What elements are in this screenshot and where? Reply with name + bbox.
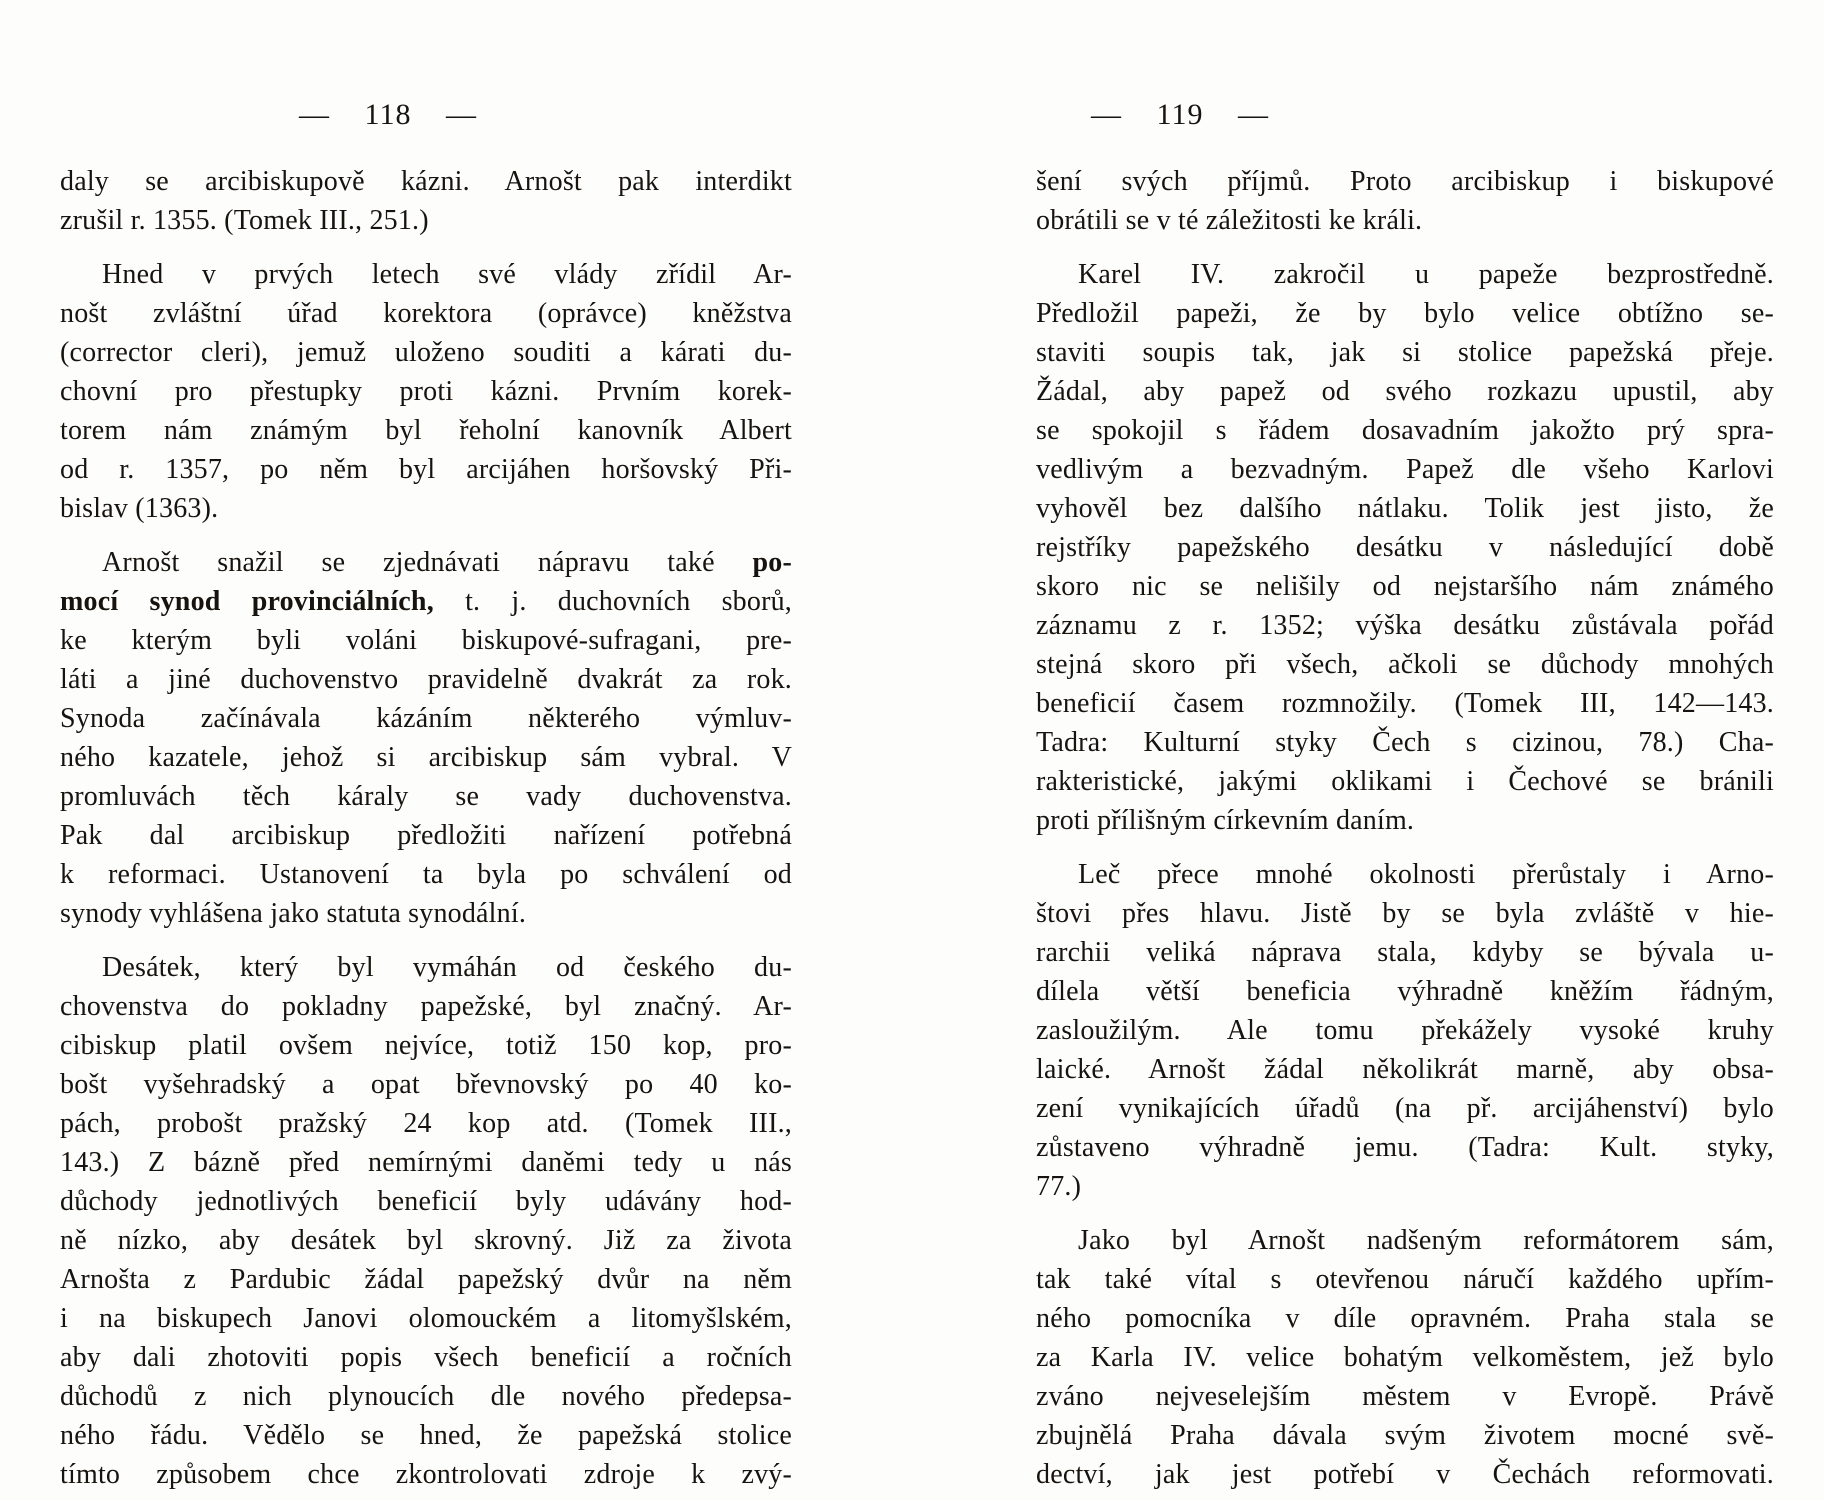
body-text: láti a jiné duchovenstvo pravidelně dvak…	[60, 664, 792, 695]
body-text: za Karla IV. velice bohatým velkoměstem,…	[1036, 1342, 1774, 1373]
body-text: tímto způsobem chce zkontrolovati zdroje…	[60, 1459, 792, 1490]
text-line: zbujnělá Praha dávala svým životem mocné…	[1036, 1416, 1774, 1455]
text-line: skoro nic se nelišily od nejstaršího nám…	[1036, 567, 1774, 606]
text-line: Tadra: Kulturní styky Čech s cizinou, 78…	[1036, 723, 1774, 762]
text-line: chovenstva do pokladny papežské, byl zna…	[60, 987, 792, 1026]
text-line: Karel IV. zakročil u papeže bezprostředn…	[1036, 255, 1774, 294]
body-text: cibiskup platil ovšem nejvíce, totiž 150…	[60, 1030, 792, 1061]
body-text: záznamu z r. 1352; výška desátku zůstáva…	[1036, 610, 1774, 641]
text-line: 143.) Z bázně před nemírnými daněmi tedy…	[60, 1143, 792, 1182]
bold-text: po-	[753, 547, 793, 578]
text-line: i na biskupech Janovi olomouckém a litom…	[60, 1299, 792, 1338]
body-text: (corrector cleri), jemuž uloženo souditi…	[60, 337, 792, 368]
body-text: i na biskupech Janovi olomouckém a litom…	[60, 1303, 792, 1334]
text-line: k reformaci. Ustanovení ta byla po schvá…	[60, 855, 792, 894]
text-line: od r. 1357, po něm byl arcijáhen horšovs…	[60, 450, 792, 489]
body-text: Desátek, který byl vymáhán od českého du…	[102, 952, 792, 983]
body-text: Karel IV. zakročil u papeže bezprostředn…	[1078, 259, 1774, 290]
text-line: ného řádu. Vědělo se hned, že papežská s…	[60, 1416, 792, 1455]
body-text: laické. Arnošt žádal několikrát marně, a…	[1036, 1054, 1774, 1085]
text-column-page-119: šení svých příjmů. Proto arcibiskup i bi…	[1036, 162, 1774, 1494]
text-line: vyhověl bez dalšího nátlaku. Tolik jest …	[1036, 489, 1774, 528]
body-text: zbujnělá Praha dávala svým životem mocné…	[1036, 1420, 1774, 1451]
body-text: Pak dal arcibiskup předložiti nařízení p…	[60, 820, 792, 851]
text-line: důchodů z nich plynoucích dle nového pře…	[60, 1377, 792, 1416]
body-text: štovi přes hlavu. Jistě by se byla zvláš…	[1036, 898, 1774, 929]
body-text: aby dali zhotoviti popis všech beneficií…	[60, 1342, 792, 1373]
text-line: štovi přes hlavu. Jistě by se byla zvláš…	[1036, 894, 1774, 933]
text-line: dílela větší beneficia výhradně kněžím ř…	[1036, 972, 1774, 1011]
body-text: torem nám známým byl řeholní kanovník Al…	[60, 415, 792, 446]
body-text: ného pomocníka v díle opravném. Praha st…	[1036, 1303, 1774, 1334]
body-text: důchody jednotlivých beneficií byly udáv…	[60, 1186, 792, 1217]
paragraph: Leč přece mnohé okolnosti přerůstaly i A…	[1036, 855, 1774, 1206]
text-line: ke kterým byli voláni biskupové-sufragan…	[60, 621, 792, 660]
body-text: pách, probošt pražský 24 kop atd. (Tomek…	[60, 1108, 792, 1139]
paragraph: Karel IV. zakročil u papeže bezprostředn…	[1036, 255, 1774, 840]
body-text: beneficií časem rozmnožily. (Tomek III, …	[1036, 688, 1774, 719]
body-text: Jako byl Arnošt nadšeným reformátorem sá…	[1078, 1225, 1774, 1256]
text-line: Žádal, aby papež od svého rozkazu upusti…	[1036, 372, 1774, 411]
text-line: Hned v prvých letech své vlády zřídil Ar…	[60, 255, 792, 294]
body-text: promluvách těch káraly se vady duchovens…	[60, 781, 792, 812]
body-text: vyhověl bez dalšího nátlaku. Tolik jest …	[1036, 493, 1774, 524]
body-text: Žádal, aby papež od svého rozkazu upusti…	[1036, 376, 1774, 407]
text-line: cibiskup platil ovšem nejvíce, totiž 150…	[60, 1026, 792, 1065]
body-text: nošt zvláštní úřad korektora (oprávce) k…	[60, 298, 792, 329]
body-text: Předložil papeži, že by bylo velice obtí…	[1036, 298, 1774, 329]
body-text: rejstříky papežského desátku v následují…	[1036, 532, 1774, 563]
text-line: zení vynikajících úřadů (na př. arcijáhe…	[1036, 1089, 1774, 1128]
body-text: od r. 1357, po něm byl arcijáhen horšovs…	[60, 454, 792, 485]
text-line: Arnošta z Pardubic žádal papežský dvůr n…	[60, 1260, 792, 1299]
body-text: Tadra: Kulturní styky Čech s cizinou, 78…	[1036, 727, 1774, 758]
paragraph: Jako byl Arnošt nadšeným reformátorem sá…	[1036, 1221, 1774, 1494]
body-text: ného řádu. Vědělo se hned, že papežská s…	[60, 1420, 792, 1451]
paragraph: Desátek, který byl vymáhán od českého du…	[60, 948, 792, 1494]
body-text: rarchii veliká náprava stala, kdyby se b…	[1036, 937, 1774, 968]
body-text: rakteristické, jakými oklikami i Čechové…	[1036, 766, 1774, 797]
body-text: ně nízko, aby desátek byl skrovný. Již z…	[60, 1225, 792, 1256]
body-text: zrušil r. 1355. (Tomek III., 251.)	[60, 205, 429, 236]
body-text: zasloužilým. Ale tomu překážely vysoké k…	[1036, 1015, 1774, 1046]
body-text: obrátili se v té záležitosti ke králi.	[1036, 205, 1422, 236]
body-text: staviti soupis tak, jak si stolice papež…	[1036, 337, 1774, 368]
body-text: ke kterým byli voláni biskupové-sufragan…	[60, 625, 792, 656]
text-line: (corrector cleri), jemuž uloženo souditi…	[60, 333, 792, 372]
body-text: stejná skoro při všech, ačkoli se důchod…	[1036, 649, 1774, 680]
body-text: daly se arcibiskupově kázni. Arnošt pak …	[60, 166, 792, 197]
body-text: šení svých příjmů. Proto arcibiskup i bi…	[1036, 166, 1774, 197]
body-text: proti přílišným církevním daním.	[1036, 805, 1414, 836]
text-line: proti přílišným církevním daním.	[1036, 801, 1774, 840]
book-scan-spread: { "colors": { "paper": "#fdfdfb", "ink":…	[0, 0, 1824, 1500]
body-text: bislav (1363).	[60, 493, 218, 524]
body-text: ného kazatele, jehož si arcibiskup sám v…	[60, 742, 792, 773]
text-line: laické. Arnošt žádal několikrát marně, a…	[1036, 1050, 1774, 1089]
text-line: bošt vyšehradský a opat břevnovský po 40…	[60, 1065, 792, 1104]
text-line: pách, probošt pražský 24 kop atd. (Tomek…	[60, 1104, 792, 1143]
text-line: Leč přece mnohé okolnosti přerůstaly i A…	[1036, 855, 1774, 894]
text-line: láti a jiné duchovenstvo pravidelně dvak…	[60, 660, 792, 699]
paragraph: šení svých příjmů. Proto arcibiskup i bi…	[1036, 162, 1774, 240]
text-line: chovní pro přestupky proti kázni. Prvním…	[60, 372, 792, 411]
text-line: beneficií časem rozmnožily. (Tomek III, …	[1036, 684, 1774, 723]
text-line: zasloužilým. Ale tomu překážely vysoké k…	[1036, 1011, 1774, 1050]
text-line: mocí synod provinciálních, t. j. duchovn…	[60, 582, 792, 621]
text-line: nošt zvláštní úřad korektora (oprávce) k…	[60, 294, 792, 333]
text-line: staviti soupis tak, jak si stolice papež…	[1036, 333, 1774, 372]
text-line: daly se arcibiskupově kázni. Arnošt pak …	[60, 162, 792, 201]
text-line: 77.)	[1036, 1167, 1774, 1206]
text-line: zrušil r. 1355. (Tomek III., 251.)	[60, 201, 792, 240]
text-line: rejstříky papežského desátku v následují…	[1036, 528, 1774, 567]
text-line: ného kazatele, jehož si arcibiskup sám v…	[60, 738, 792, 777]
text-line: promluvách těch káraly se vady duchovens…	[60, 777, 792, 816]
paragraph: Arnošt snažil se zjednávati nápravu také…	[60, 543, 792, 933]
body-text: se spokojil s řádem dosavadním jakožto p…	[1036, 415, 1774, 446]
text-line: Pak dal arcibiskup předložiti nařízení p…	[60, 816, 792, 855]
body-text: dectví, jak jest potřebí v Čechách refor…	[1036, 1459, 1774, 1490]
bold-text: mocí synod provinciálních,	[60, 586, 434, 617]
text-line: Předložil papeži, že by bylo velice obtí…	[1036, 294, 1774, 333]
body-text: Arnošt snažil se zjednávati nápravu také	[102, 547, 753, 578]
text-line: Synoda začínávala kázáním některého výml…	[60, 699, 792, 738]
text-line: rarchii veliká náprava stala, kdyby se b…	[1036, 933, 1774, 972]
body-text: tak také vítal s otevřenou náručí každéh…	[1036, 1264, 1774, 1295]
text-line: zůstaveno výhradně jemu. (Tadra: Kult. s…	[1036, 1128, 1774, 1167]
body-text: bošt vyšehradský a opat břevnovský po 40…	[60, 1069, 792, 1100]
body-text: chovní pro přestupky proti kázni. Prvním…	[60, 376, 792, 407]
body-text: Synoda začínávala kázáním některého výml…	[60, 703, 792, 734]
text-line: dectví, jak jest potřebí v Čechách refor…	[1036, 1455, 1774, 1494]
text-line: aby dali zhotoviti popis všech beneficií…	[60, 1338, 792, 1377]
paragraph: daly se arcibiskupově kázni. Arnošt pak …	[60, 162, 792, 240]
body-text: t. j. duchovních sborů,	[434, 586, 792, 617]
text-line: za Karla IV. velice bohatým velkoměstem,…	[1036, 1338, 1774, 1377]
body-text: vedlivým a bezvadným. Papež dle všeho Ka…	[1036, 454, 1774, 485]
text-line: Desátek, který byl vymáhán od českého du…	[60, 948, 792, 987]
text-line: synody vyhlášena jako statuta synodální.	[60, 894, 792, 933]
text-line: tak také vítal s otevřenou náručí každéh…	[1036, 1260, 1774, 1299]
text-line: Jako byl Arnošt nadšeným reformátorem sá…	[1036, 1221, 1774, 1260]
text-line: vedlivým a bezvadným. Papež dle všeho Ka…	[1036, 450, 1774, 489]
text-line: torem nám známým byl řeholní kanovník Al…	[60, 411, 792, 450]
body-text: synody vyhlášena jako statuta synodální.	[60, 898, 526, 929]
body-text: chovenstva do pokladny papežské, byl zna…	[60, 991, 792, 1022]
text-column-page-118: daly se arcibiskupově kázni. Arnošt pak …	[60, 162, 792, 1494]
page-number-header-119: — 119 —	[1091, 98, 1269, 132]
text-line: ně nízko, aby desátek byl skrovný. Již z…	[60, 1221, 792, 1260]
body-text: skoro nic se nelišily od nejstaršího nám…	[1036, 571, 1774, 602]
text-line: rakteristické, jakými oklikami i Čechové…	[1036, 762, 1774, 801]
text-line: stejná skoro při všech, ačkoli se důchod…	[1036, 645, 1774, 684]
page-number-header-118: — 118 —	[299, 98, 477, 132]
body-text: důchodů z nich plynoucích dle nového pře…	[60, 1381, 792, 1412]
text-line: obrátili se v té záležitosti ke králi.	[1036, 201, 1774, 240]
body-text: Arnošta z Pardubic žádal papežský dvůr n…	[60, 1264, 792, 1295]
body-text: Leč přece mnohé okolnosti přerůstaly i A…	[1078, 859, 1774, 890]
text-line: záznamu z r. 1352; výška desátku zůstáva…	[1036, 606, 1774, 645]
text-line: bislav (1363).	[60, 489, 792, 528]
body-text: zváno nejveselejším městem v Evropě. Prá…	[1036, 1381, 1774, 1412]
text-line: se spokojil s řádem dosavadním jakožto p…	[1036, 411, 1774, 450]
body-text: k reformaci. Ustanovení ta byla po schvá…	[60, 859, 792, 890]
text-line: důchody jednotlivých beneficií byly udáv…	[60, 1182, 792, 1221]
body-text: 77.)	[1036, 1171, 1081, 1202]
body-text: Hned v prvých letech své vlády zřídil Ar…	[102, 259, 792, 290]
text-line: šení svých příjmů. Proto arcibiskup i bi…	[1036, 162, 1774, 201]
text-line: Arnošt snažil se zjednávati nápravu také…	[60, 543, 792, 582]
text-line: ného pomocníka v díle opravném. Praha st…	[1036, 1299, 1774, 1338]
body-text: zení vynikajících úřadů (na př. arcijáhe…	[1036, 1093, 1774, 1124]
paragraph: Hned v prvých letech své vlády zřídil Ar…	[60, 255, 792, 528]
body-text: zůstaveno výhradně jemu. (Tadra: Kult. s…	[1036, 1132, 1774, 1163]
text-line: tímto způsobem chce zkontrolovati zdroje…	[60, 1455, 792, 1494]
body-text: dílela větší beneficia výhradně kněžím ř…	[1036, 976, 1774, 1007]
body-text: 143.) Z bázně před nemírnými daněmi tedy…	[60, 1147, 792, 1178]
text-line: zváno nejveselejším městem v Evropě. Prá…	[1036, 1377, 1774, 1416]
